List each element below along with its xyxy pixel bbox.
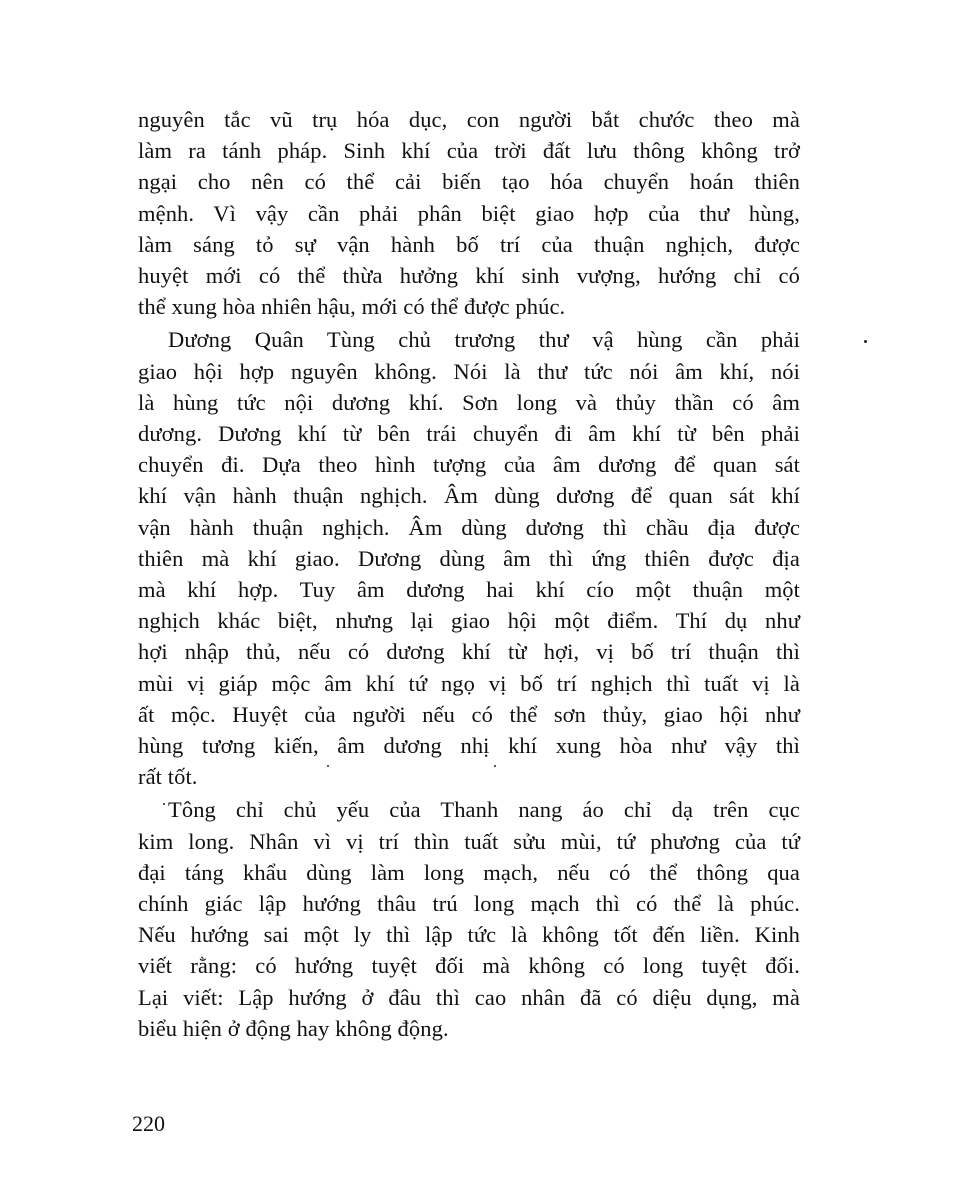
scan-speck xyxy=(163,803,165,805)
text-line: khí vận hành thuận nghịch. Âm dùng dương… xyxy=(138,480,800,511)
body-text: nguyên tắc vũ trụ hóa dục, con người bắt… xyxy=(138,104,800,1044)
text-line: chuyển đi. Dựa theo hình tượng của âm dư… xyxy=(138,449,800,480)
text-line: thể xung hòa nhiên hậu, mới có thể được … xyxy=(138,291,800,322)
text-line: chính giác lập hướng thâu trú long mạch … xyxy=(138,888,800,919)
text-line: mà khí hợp. Tuy âm dương hai khí cío một… xyxy=(138,574,800,605)
text-line: làm sáng tỏ sự vận hành bố trí của thuận… xyxy=(138,229,800,260)
text-line: làm ra tánh pháp. Sinh khí của trời đất … xyxy=(138,135,800,166)
paragraph-2: Dương Quân Tùng chủ trương thư vậ hùng c… xyxy=(138,324,800,792)
scan-speck xyxy=(327,765,329,767)
text-line: Lại viết: Lập hướng ở đâu thì cao nhân đ… xyxy=(138,982,800,1013)
page-number: 220 xyxy=(132,1110,165,1138)
text-line: ất mộc. Huyệt của người nếu có thể sơn t… xyxy=(138,699,800,730)
scan-speck xyxy=(494,765,496,767)
text-line: thiên mà khí giao. Dương dùng âm thì ứng… xyxy=(138,543,800,574)
text-line: vận hành thuận nghịch. Âm dùng dương thì… xyxy=(138,512,800,543)
book-page: nguyên tắc vũ trụ hóa dục, con người bắt… xyxy=(0,0,954,1200)
paragraph-3: Tông chỉ chủ yếu của Thanh nang áo chỉ d… xyxy=(138,794,800,1044)
text-line: đại táng khẩu dùng làm long mạch, nếu có… xyxy=(138,857,800,888)
text-line: dương. Dương khí từ bên trái chuyển đi â… xyxy=(138,418,800,449)
text-line: biểu hiện ở động hay không động. xyxy=(138,1013,800,1044)
text-line: hợi nhập thủ, nếu có dương khí từ hợi, v… xyxy=(138,636,800,667)
text-line: là hùng tức nội dương khí. Sơn long và t… xyxy=(138,387,800,418)
text-line: rất tốt. xyxy=(138,761,800,792)
text-line: huyệt mới có thể thừa hưởng khí sinh vượ… xyxy=(138,260,800,291)
text-line: giao hội hợp nguyên không. Nói là thư tứ… xyxy=(138,356,800,387)
text-line: mùi vị giáp mộc âm khí tứ ngọ vị bố trí … xyxy=(138,668,800,699)
text-line: nguyên tắc vũ trụ hóa dục, con người bắt… xyxy=(138,104,800,135)
text-line: hùng tương kiến, âm dương nhị khí xung h… xyxy=(138,730,800,761)
text-line: kim long. Nhân vì vị trí thìn tuất sửu m… xyxy=(138,826,800,857)
text-line: Nếu hướng sai một ly thì lập tức là khôn… xyxy=(138,919,800,950)
text-line: ngại cho nên có thể cải biến tạo hóa chu… xyxy=(138,166,800,197)
text-line: Dương Quân Tùng chủ trương thư vậ hùng c… xyxy=(138,324,800,355)
text-line: mệnh. Vì vậy cần phải phân biệt giao hợp… xyxy=(138,198,800,229)
text-line: nghịch khác biệt, nhưng lại giao hội một… xyxy=(138,605,800,636)
scan-speck xyxy=(864,340,867,343)
text-line: Tông chỉ chủ yếu của Thanh nang áo chỉ d… xyxy=(138,794,800,825)
text-line: viết rằng: có hướng tuyệt đối mà không c… xyxy=(138,950,800,981)
paragraph-1: nguyên tắc vũ trụ hóa dục, con người bắt… xyxy=(138,104,800,322)
